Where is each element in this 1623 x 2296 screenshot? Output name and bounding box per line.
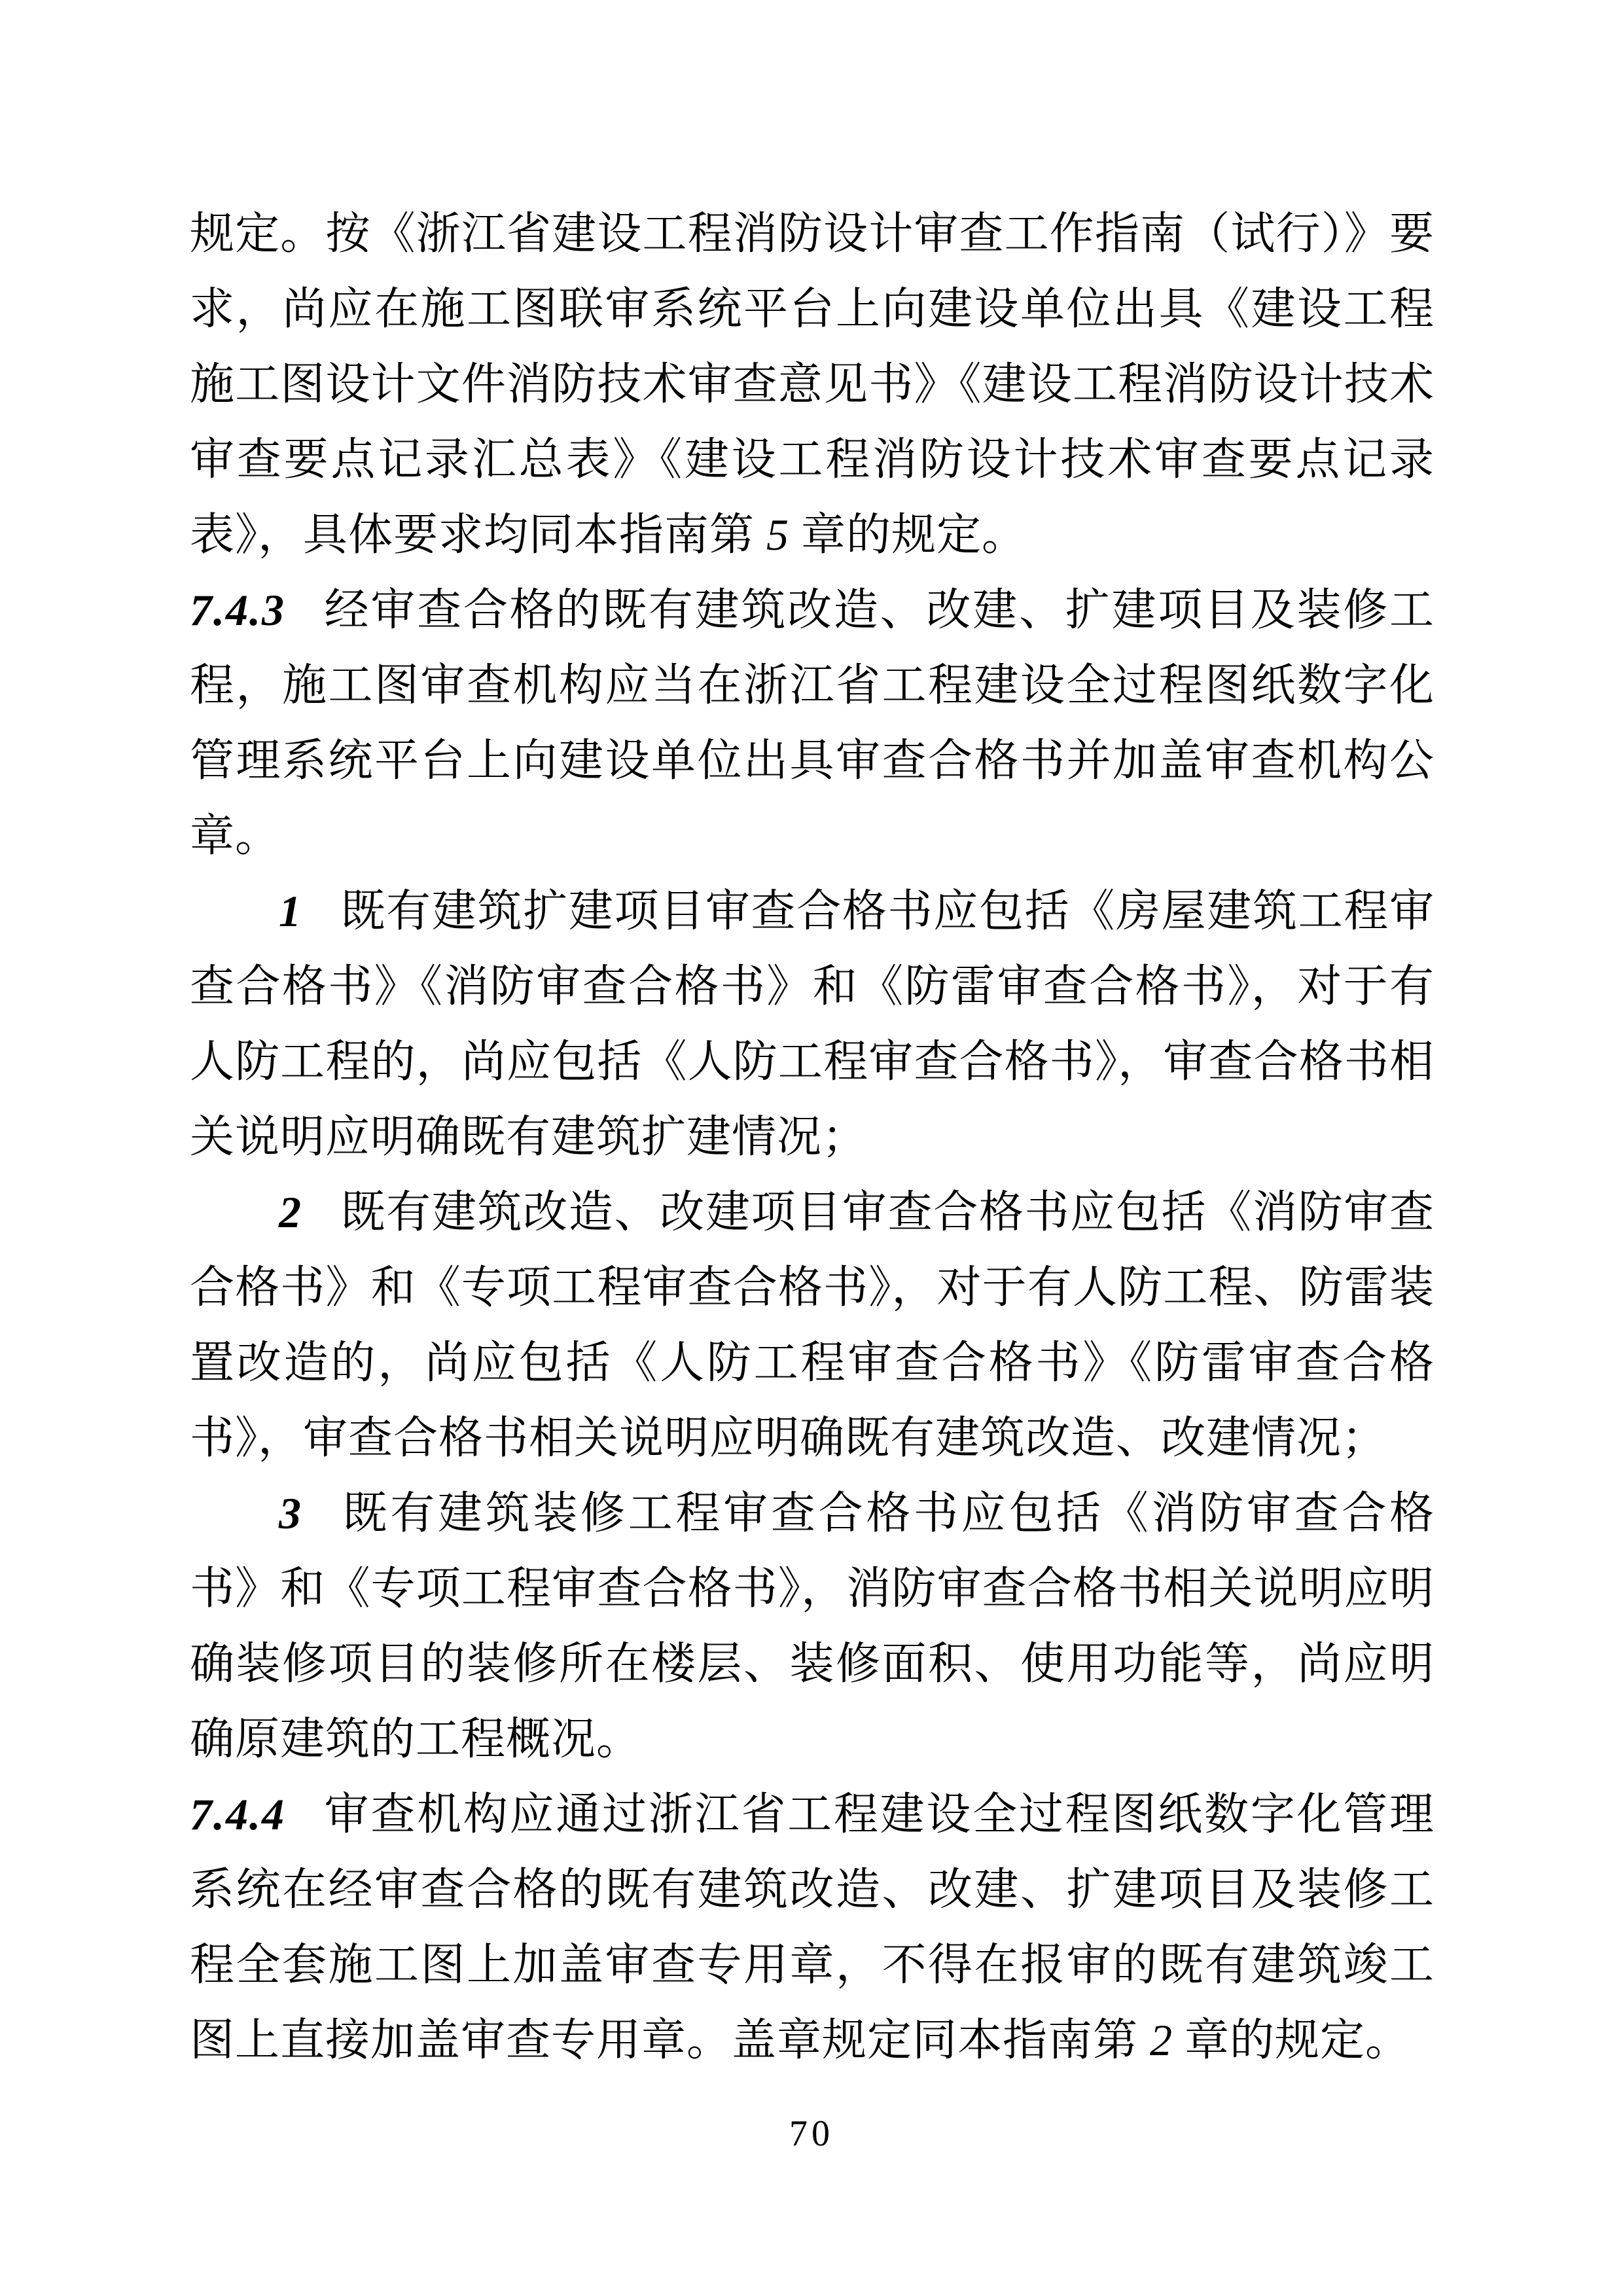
paragraph-text: 规定。按《浙江省建设工程消防设计审查工作指南（试行）》要求，尚应在施工图联审系统… <box>190 209 1435 560</box>
paragraph-continuation: 规定。按《浙江省建设工程消防设计审查工作指南（试行）》要求，尚应在施工图联审系统… <box>190 196 1435 573</box>
section-number: 7.4.3 <box>190 585 285 635</box>
list-item-2: 2既有建筑改造、改建项目审查合格书应包括《消防审查合格书》和《专项工程审查合格书… <box>190 1175 1435 1476</box>
section-number: 7.4.4 <box>190 1789 285 1839</box>
list-item-text: 既有建筑扩建项目审查合格书应包括《房屋建筑工程审查合格书》《消防审查合格书》和《… <box>190 886 1435 1162</box>
section-7-4-4: 7.4.4审查机构应通过浙江省工程建设全过程图纸数字化管理系统在经审查合格的既有… <box>190 1777 1435 2078</box>
section-text: 审查机构应通过浙江省工程建设全过程图纸数字化管理系统在经审查合格的既有建筑改造、… <box>190 1789 1435 2065</box>
list-item-text: 既有建筑装修工程审查合格书应包括《消防审查合格书》和《专项工程审查合格书》，消防… <box>190 1488 1435 1764</box>
page-number: 70 <box>0 2113 1623 2155</box>
list-item-number: 3 <box>279 1488 302 1538</box>
document-page: 规定。按《浙江省建设工程消防设计审查工作指南（试行）》要求，尚应在施工图联审系统… <box>0 0 1623 2296</box>
section-7-4-3: 7.4.3经审查合格的既有建筑改造、改建、扩建项目及装修工程，施工图审查机构应当… <box>190 573 1435 874</box>
list-item-1: 1既有建筑扩建项目审查合格书应包括《房屋建筑工程审查合格书》《消防审查合格书》和… <box>190 874 1435 1175</box>
section-text: 经审查合格的既有建筑改造、改建、扩建项目及装修工程，施工图审查机构应当在浙江省工… <box>190 585 1435 861</box>
list-item-number: 1 <box>279 886 302 936</box>
list-item-number: 2 <box>279 1187 302 1237</box>
document-body: 规定。按《浙江省建设工程消防设计审查工作指南（试行）》要求，尚应在施工图联审系统… <box>190 196 1435 2078</box>
list-item-3: 3既有建筑装修工程审查合格书应包括《消防审查合格书》和《专项工程审查合格书》，消… <box>190 1476 1435 1777</box>
list-item-text: 既有建筑改造、改建项目审查合格书应包括《消防审查合格书》和《专项工程审查合格书》… <box>190 1187 1435 1463</box>
